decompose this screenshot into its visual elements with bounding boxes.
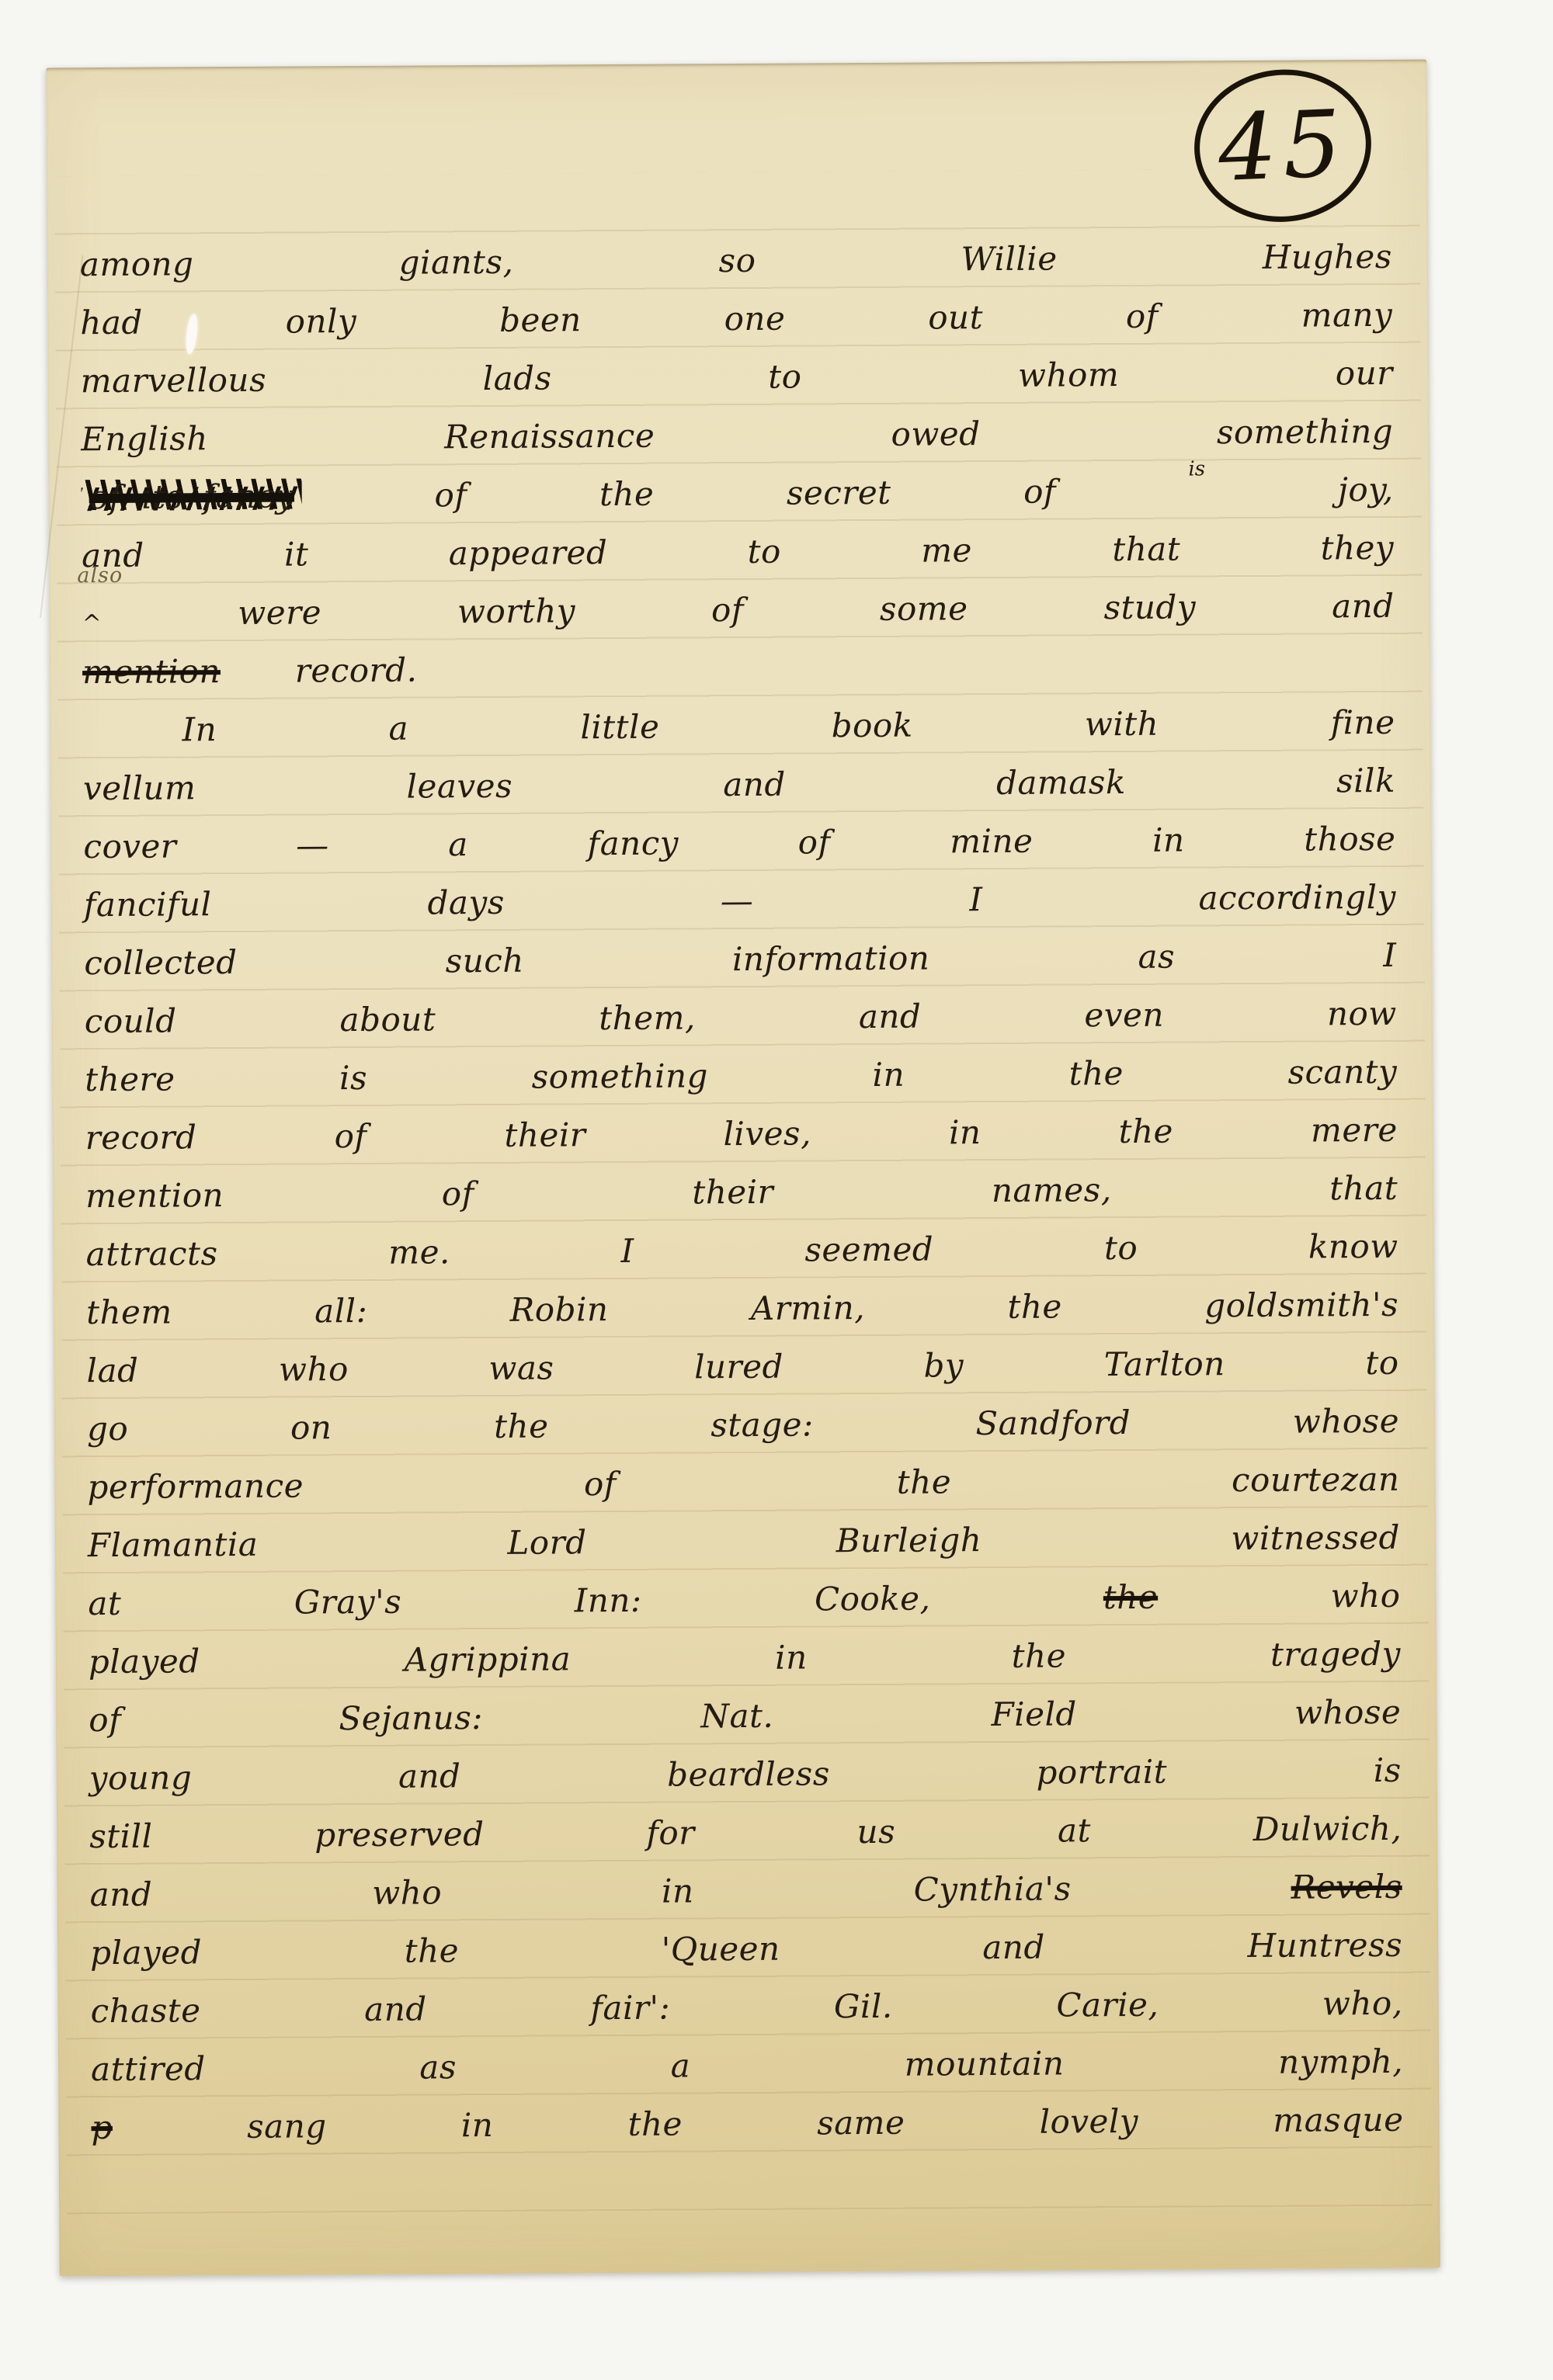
manuscript-line: young and beardless portrait is: [89, 1741, 1402, 1807]
manuscript-line: them all: Robin Armin, the goldsmith's: [86, 1275, 1398, 1341]
struck-word-revels: Revels: [1291, 1868, 1402, 1906]
word-segment: collected such information as I: [84, 936, 1396, 982]
inserted-word-is: is: [1188, 459, 1205, 479]
manuscript-line: of its fancy of the secret of is joy,: [81, 460, 1393, 526]
scanner-background: 45 among giants, so Willie Hughes had on…: [0, 0, 1553, 2380]
word-segment: played Agrippina in the tragedy: [89, 1635, 1401, 1681]
word-segment: attracts me. I seemed to know: [86, 1227, 1398, 1273]
manuscript-line: played the 'Queen and Huntress: [90, 1916, 1402, 1982]
word-segment: could about them, and even now: [85, 994, 1397, 1040]
manuscript-line: and who in Cynthia's Revels: [89, 1858, 1402, 1924]
word-segment: who: [1330, 1577, 1400, 1615]
word-segment: and who in Cynthia's: [90, 1869, 1072, 1913]
manuscript-line: at Gray's Inn: Cooke, the who: [88, 1566, 1400, 1632]
word-segment: lad who was lured by Tarlton to: [86, 1344, 1398, 1389]
word-segment: played the 'Queen and Huntress: [90, 1926, 1402, 1972]
word-segment: marvellous lads to whom our: [81, 354, 1393, 400]
word-segment: mention of their names, that: [85, 1169, 1398, 1215]
word-segment: among giants, so Willie Hughes: [80, 238, 1392, 283]
word-segment: go on the stage: Sandford whose: [87, 1402, 1399, 1448]
page-number: 45: [1217, 97, 1350, 194]
manuscript-line: In a little book with fine: [82, 693, 1395, 759]
word-segment: sang in the same lovely masque: [247, 2101, 1404, 2146]
word-segment: attired as a mountain nymph,: [91, 2042, 1403, 2088]
manuscript-line: still preserved for us at Dulwich,: [89, 1799, 1402, 1865]
manuscript-line: there is something in the scanty: [85, 1043, 1397, 1108]
manuscript-line: collected such information as I: [84, 926, 1396, 992]
struck-letter-p: p: [91, 2108, 113, 2146]
struck-word-the: the: [1103, 1578, 1159, 1616]
manuscript-line: performance of the courtezan: [87, 1450, 1399, 1516]
word-segment: chaste and fair': Gil. Carie, who,: [90, 1984, 1402, 2030]
manuscript-line: attracts me. I seemed to know: [85, 1217, 1398, 1283]
word-segment: had only been one out of many: [80, 296, 1392, 342]
word-segment: record.: [295, 651, 418, 690]
manuscript-line: also ^ were worthy of some study and: [82, 577, 1394, 643]
word-segment: and it appeared to me that they: [82, 529, 1394, 574]
manuscript-line: lad who was lured by Tarlton to: [86, 1334, 1398, 1400]
word-segment: Flamantia Lord Burleigh witnessed: [88, 1518, 1400, 1564]
manuscript-line: chaste and fair': Gil. Carie, who,: [90, 1974, 1402, 2040]
word-segment: fanciful days — I accordingly: [84, 878, 1396, 924]
word-segment: were worthy of some study and: [238, 587, 1395, 632]
word-segment: performance of the courtezan: [87, 1460, 1399, 1506]
manuscript-line: played Agrippina in the tragedy: [89, 1625, 1401, 1691]
word-segment: of the secret of: [434, 473, 1056, 515]
word-segment: at Gray's Inn: Cooke,: [88, 1580, 930, 1623]
manuscript-line: had only been one out of many: [80, 286, 1392, 352]
manuscript-line: among giants, so Willie Hughes: [80, 227, 1392, 293]
manuscript-text: among giants, so Willie Hughes had only …: [80, 227, 1404, 2156]
word-segment: young and beardless portrait is: [89, 1751, 1402, 1797]
struck-word-mention: mention: [82, 652, 221, 691]
word-segment: there is something in the scanty: [85, 1053, 1397, 1098]
manuscript-line: mention record.: [82, 635, 1395, 701]
word-segment: of Sejanus: Nat. Field whose: [89, 1693, 1401, 1739]
manuscript-line: marvellous lads to whom our: [81, 344, 1393, 410]
page-number-circle: 45: [1187, 62, 1378, 230]
manuscript-line: p sang in the same lovely masque: [91, 2090, 1403, 2156]
manuscript-line: vellum leaves and damask silk: [83, 751, 1395, 817]
scribbled-out-words: of its fancy: [81, 467, 302, 526]
manuscript-line: attired as a mountain nymph,: [91, 2032, 1403, 2098]
word-segment: cover — a fancy of mine in those: [83, 820, 1395, 866]
word-segment: vellum leaves and damask silk: [83, 762, 1395, 807]
inserted-word-also: also: [77, 564, 123, 588]
manuscript-line: go on the stage: Sandford whose: [87, 1392, 1399, 1458]
manuscript-line: fanciful days — I accordingly: [84, 868, 1396, 934]
word-segment: still preserved for us at Dulwich,: [89, 1809, 1402, 1855]
manuscript-line: and it appeared to me that they: [82, 519, 1394, 585]
word-segment: English Renaissance owed something: [81, 412, 1393, 458]
word-segment: In a little book with fine: [182, 703, 1395, 749]
insertion-caret: ^: [82, 610, 102, 637]
manuscript-line: mention of their names, that: [85, 1159, 1398, 1225]
word-segment: record of their lives, in the mere: [85, 1111, 1398, 1157]
manuscript-line: cover — a fancy of mine in those: [83, 810, 1395, 876]
manuscript-line: of Sejanus: Nat. Field whose: [89, 1683, 1401, 1749]
word-segment: joy,: [1338, 470, 1394, 508]
manuscript-page: 45 among giants, so Willie Hughes had on…: [46, 60, 1440, 2277]
word-segment: them all: Robin Armin, the goldsmith's: [86, 1285, 1398, 1331]
manuscript-line: could about them, and even now: [85, 984, 1397, 1050]
manuscript-line: Flamantia Lord Burleigh witnessed: [88, 1508, 1400, 1574]
manuscript-line: record of their lives, in the mere: [85, 1101, 1398, 1167]
